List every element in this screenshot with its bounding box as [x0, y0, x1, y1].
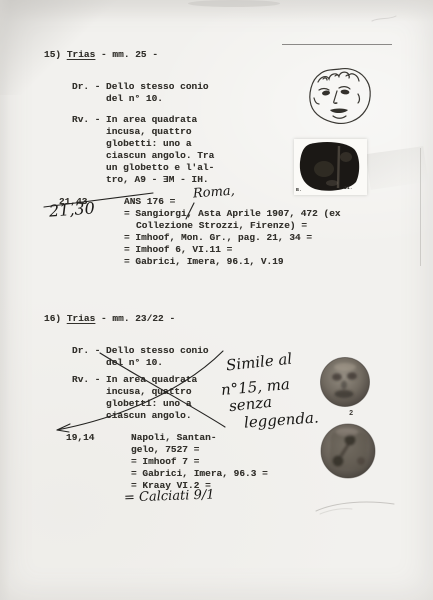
- entry15-number: 15): [44, 49, 67, 60]
- scan-shadow-left-edge: [0, 0, 10, 600]
- entry15-rv-line: un globetto e l'al-: [106, 162, 214, 174]
- entry15-rv-line: tro, A9 - ƎM - IH.: [106, 174, 209, 186]
- entry16-ref-line: = Gabrici, Imera, 96.3 =: [131, 468, 268, 480]
- entry16-note-handwritten-line: Simile al: [225, 352, 292, 374]
- entry16-rv-line: ciascun angolo.: [106, 410, 192, 422]
- entry15-rv-line: incusa, quattro: [106, 126, 192, 138]
- entry16-dr-line: Dello stesso conio: [106, 345, 209, 357]
- entry16-rv-line: globetti: uno a: [106, 398, 192, 410]
- entry15-ref-handwritten-roma: Roma,: [193, 185, 236, 201]
- coin2-caption: 2: [349, 410, 353, 418]
- pencil-stroke: [316, 502, 394, 511]
- entry15-rv-line: globetti: uno a: [106, 138, 192, 150]
- entry15-heading: 15) Trias - mm. 25 -: [44, 49, 158, 61]
- entry15-weight-handwritten: 21,30: [48, 200, 95, 219]
- scan-smudge-top-center: [188, 0, 280, 7]
- coin-photo-card: B. 11.: [294, 139, 367, 195]
- entry16-ref-line: = Imhoof 7 =: [131, 456, 199, 468]
- entry15-ref-line: = Imhoof, Mon. Gr., pag. 21, 34 =: [124, 232, 312, 244]
- entry16-rv-line: incusa, quattro: [106, 386, 192, 398]
- entry15-ref-line: Collezione Strozzi, Firenze) =: [136, 220, 307, 232]
- entry15-dr-label: Dr. -: [72, 81, 106, 93]
- entry16-dr-label: Dr. -: [72, 345, 106, 357]
- entry15-ref-line: = Imhoof 6, VI.11 =: [124, 244, 232, 256]
- entry15-rv-line: ciascun angolo. Tra: [106, 150, 214, 162]
- entry15-size: - mm. 25 -: [95, 49, 158, 60]
- coin-photo-dark-coin: [294, 139, 367, 195]
- coin-sketch-gorgon-face: [306, 66, 374, 126]
- coin-photo-obverse-face: [319, 356, 371, 408]
- scan-crease-right: [420, 148, 421, 266]
- entry16-dr-line: del n° 10.: [106, 357, 163, 369]
- entry15-rv-label: Rv. -: [72, 114, 106, 126]
- entry16-note-handwritten-line: leggenda.: [244, 410, 320, 430]
- entry16-title: Trias: [67, 313, 96, 324]
- entry16-rv-line: In area quadrata: [106, 374, 197, 386]
- entry16-number: 16): [44, 313, 67, 324]
- scan-shadow-top-edge: [0, 0, 433, 22]
- entry16-size: - mm. 23/22 -: [95, 313, 175, 324]
- entry15-ref-ans: ANS 176 =: [124, 196, 175, 208]
- entry15-title: Trias: [67, 49, 96, 60]
- scanned-catalog-page: 15) Trias - mm. 25 - Dr. - Dello stesso …: [0, 0, 433, 600]
- cross-out-arrowhead: [57, 424, 70, 432]
- entry15-ref-line: = Sangiorgi, Asta Aprile 1907, 472 (ex: [124, 208, 341, 220]
- entry16-rv-label: Rv. -: [72, 374, 106, 386]
- pencil-stroke-top-corner: [372, 16, 396, 21]
- entry15-dr-line: Dello stesso conio: [106, 81, 209, 93]
- entry16-heading: 16) Trias - mm. 23/22 -: [44, 313, 175, 325]
- entry16-weight: 19,14: [66, 432, 95, 444]
- scan-shade-right-diagonal: [366, 146, 428, 190]
- entry15-rv-line: In area quadrata: [106, 114, 197, 126]
- entry16-ref-line: gelo, 7527 =: [131, 444, 199, 456]
- entry15-dr-line: del n° 10.: [106, 93, 163, 105]
- entry16-ref-line: Napoli, Santan-: [131, 432, 217, 444]
- entry15-ref-line: = Gabrici, Imera, 96.1, V.19: [124, 256, 284, 268]
- coin-photo-reverse-incuse: [317, 422, 381, 482]
- photo-label-right: 11.: [344, 186, 353, 191]
- entry16-ref-handwritten-calciati: = Calciati 9/1: [124, 488, 215, 504]
- photo-label-left: B.: [296, 188, 302, 193]
- annotation-strokes: [0, 0, 433, 600]
- photo-mount-rule-line: [282, 44, 392, 45]
- pencil-stroke: [320, 509, 352, 514]
